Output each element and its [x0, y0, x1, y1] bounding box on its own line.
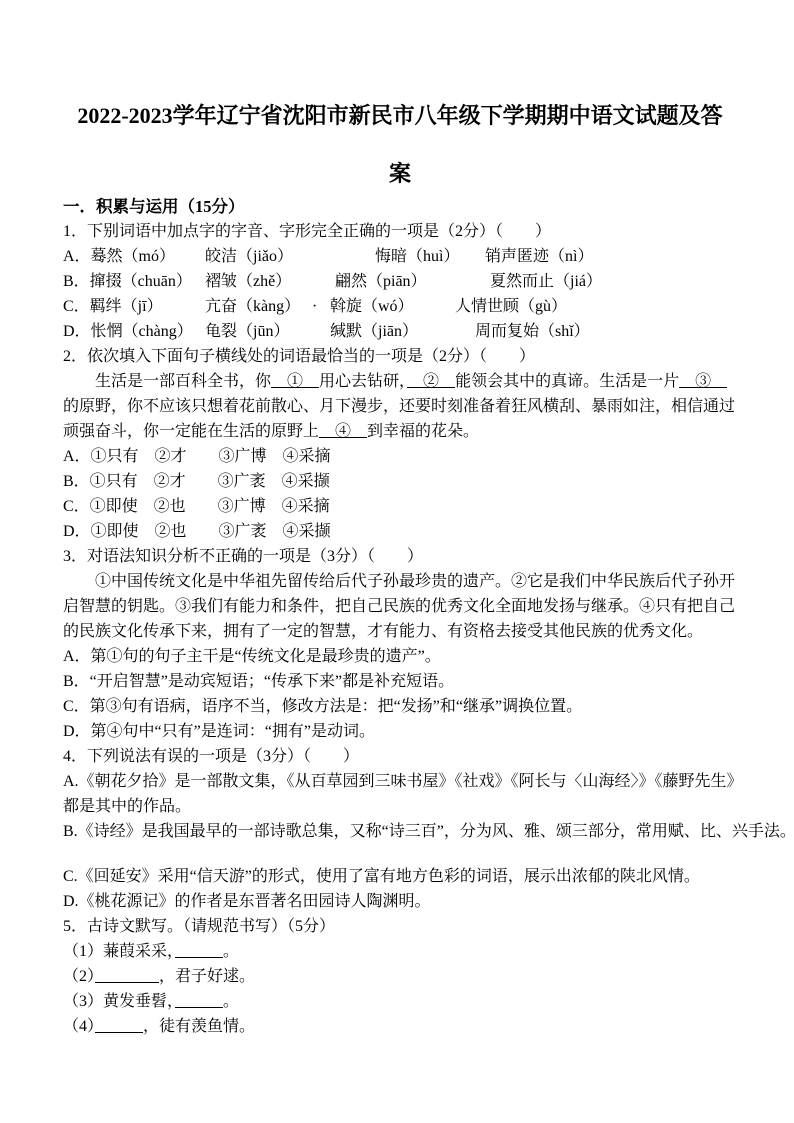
q1-c-word-2: 亢奋（kàng）: [205, 294, 300, 319]
q1-a-word-4: 销声匿迹（nì）: [485, 244, 593, 269]
q1-option-b: B．撺掇（chuān） 褶皱（zhě） 翩然（piān） 夏然而止（jiá）: [63, 269, 737, 294]
doc-title-line-2: 案: [63, 157, 737, 190]
q4-stem: 4．下列说法有误的一项是（3分）（ ）: [63, 744, 737, 769]
q3-option-d: D．第④句中“只有”是连词：“拥有”是动词。: [63, 719, 737, 744]
document-content: 2022-2023学年辽宁省沈阳市新民市八年级下学期期中语文试题及答 案 一．积…: [63, 0, 737, 1039]
q3-passage: ①中国传统文化是中华祖先留传给后代子孙最珍贵的遗产。②它是我们中华民族后代子孙开…: [63, 569, 737, 644]
doc-title: 2022-2023学年辽宁省沈阳市新民市八年级下学期期中语文试题及答 案: [63, 99, 737, 190]
doc-title-line-1: 2022-2023学年辽宁省沈阳市新民市八年级下学期期中语文试题及答: [63, 99, 737, 132]
q3-stem: 3．对语法知识分析不正确的一项是（3分）（ ）: [63, 544, 737, 569]
q1-c-word-1: C．羁绊（jī）: [63, 294, 163, 319]
q2-option-c: C．①即使 ②也 ③广博 ④采摘: [63, 494, 737, 519]
document-page: 2022-2023学年辽宁省沈阳市新民市八年级下学期期中语文试题及答 案 一．积…: [0, 0, 794, 1123]
q4-option-b: B.《诗经》是我国最早的一部诗歌总集，又称“诗三百”，分为风、雅、颂三部分，常用…: [63, 819, 737, 844]
q1-d-word-3: 缄默（jiān）: [330, 319, 418, 344]
q1-b-word-2: 褶皱（zhě）: [205, 269, 291, 294]
q1-b-word-1: B．撺掇（chuān）: [63, 269, 192, 294]
q1-d-word-4: 周而复始（shǐ）: [475, 319, 590, 344]
q1-d-word-1: D．怅惘（chàng）: [63, 319, 193, 344]
q1-stem: 1．下别词语中加点字的字音、字形完全正确的一项是（2分）（ ）: [63, 219, 737, 244]
q3-option-a: A．第①句的句子主干是“传统文化是最珍贵的遗产”。: [63, 644, 737, 669]
q1-option-d: D．怅惘（chàng） 龟裂（jūn） 缄默（jiān） 周而复始（shǐ）: [63, 319, 737, 344]
q3-option-b: B．“开启智慧”是动宾短语；“传承下来”都是补充短语。: [63, 669, 737, 694]
q1-a-word-3: 悔暗（huì）: [375, 244, 459, 269]
q4-option-d: D.《桃花源记》的作者是东晋著名田园诗人陶渊明。: [63, 889, 737, 914]
q2-option-a: A．①只有 ②才 ③广博 ④采摘: [63, 444, 737, 469]
q1-c-stray-dot: ·: [312, 294, 317, 319]
q1-option-a: A．蓦然（mó） 皎洁（jiǎo） 悔暗（huì） 销声匿迹（nì）: [63, 244, 737, 269]
q2-passage: 生活是一部百科全书，你 ① 用心去钻研， ② 能领会其中的真谛。生活是一片 ③ …: [63, 369, 737, 444]
q2-stem: 2．依次填入下面句子横线处的词语最恰当的一项是（2分）（ ）: [63, 344, 737, 369]
q3-option-c: C．第③句有语病，语序不当，修改方法是：把“发扬”和“继承”调换位置。: [63, 694, 737, 719]
q1-c-word-4: 人情世顾（gù）: [455, 294, 567, 319]
q5-item-2: （2） ，君子好逑。: [63, 964, 737, 989]
q2-option-b: B．①只有 ②才 ③广袤 ④采撷: [63, 469, 737, 494]
q1-d-word-2: 龟裂（jūn）: [205, 319, 289, 344]
q1-a-word-1: A．蓦然（mó）: [63, 244, 175, 269]
q5-item-4: （4） ，徒有羡鱼情。: [63, 1014, 737, 1039]
q1-option-c: C．羁绊（jī） 亢奋（kàng） · 斡旋（wó） 人情世顾（gù）: [63, 294, 737, 319]
q5-item-3: （3）黄发垂髫， 。: [63, 989, 737, 1014]
q1-a-word-2: 皎洁（jiǎo）: [205, 244, 293, 269]
q5-stem: 5．古诗文默写。（请规范书写）（5分）: [63, 914, 737, 939]
q1-c-word-3: 斡旋（wó）: [330, 294, 414, 319]
blank-line: [63, 844, 737, 864]
section-heading: 一．积累与运用（15分）: [63, 194, 737, 219]
q2-option-d: D．①即使 ②也 ③广袤 ④采撷: [63, 519, 737, 544]
q1-b-word-3: 翩然（piān）: [335, 269, 427, 294]
q4-option-a: A.《朝花夕拾》是一部散文集，《从百草园到三味书屋》《社戏》《阿长与〈山海经〉》…: [63, 769, 737, 819]
q1-b-word-4: 夏然而止（jiá）: [490, 269, 602, 294]
q5-item-1: （1）蒹葭采采， 。: [63, 939, 737, 964]
q4-option-c: C.《回延安》采用“信天游”的形式，使用了富有地方色彩的词语，展示出浓郁的陕北风…: [63, 864, 737, 889]
